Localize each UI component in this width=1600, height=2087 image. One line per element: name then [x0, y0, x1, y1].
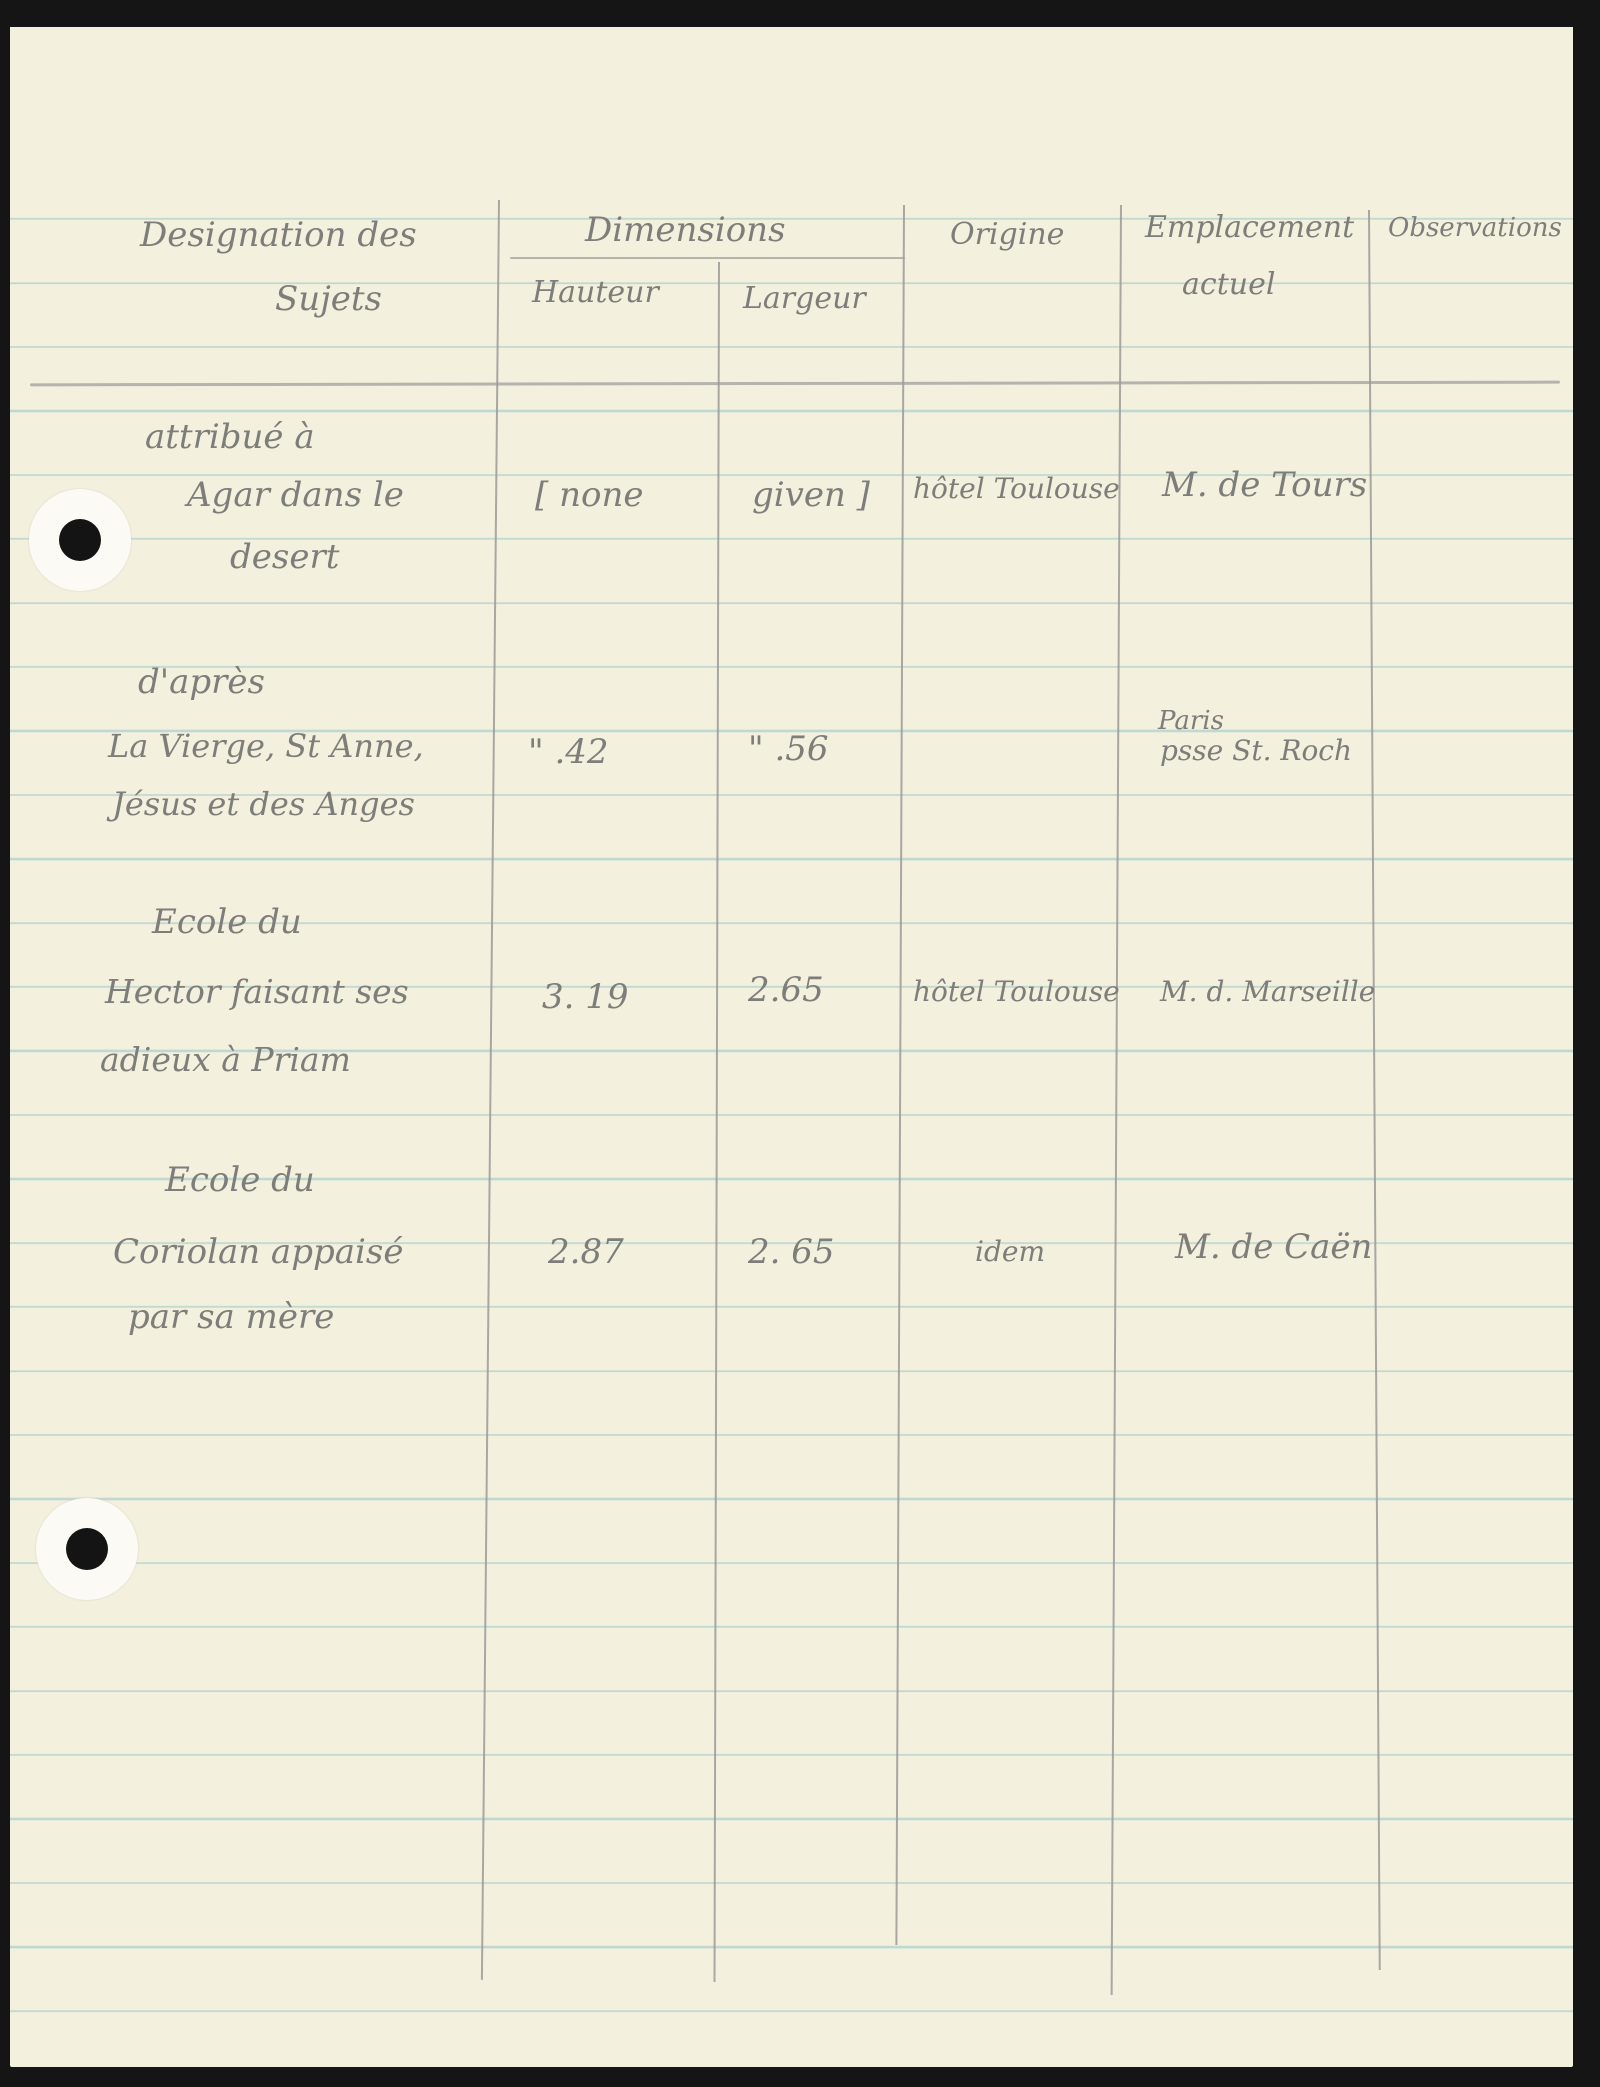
row2-emplacement-line1: Paris — [1158, 708, 1224, 734]
header-emplacement-line1: Emplacement — [1145, 213, 1354, 243]
row4-largeur: 2. 65 — [748, 1235, 835, 1269]
row4-origine: idem — [975, 1238, 1045, 1266]
row3-designation-prefix: Ecole du — [152, 905, 302, 939]
row1-hauteur: [ none — [535, 478, 643, 512]
header-observations: Observations — [1388, 215, 1562, 241]
row1-designation-line1: Agar dans le — [187, 478, 404, 512]
row3-designation-line1: Hector faisant ses — [105, 975, 409, 1008]
header-largeur: Largeur — [743, 284, 866, 314]
row3-origine: hôtel Toulouse — [913, 978, 1120, 1006]
row2-emplacement-line2: psse St. Roch — [1160, 737, 1352, 765]
dimensions-subheader-rule — [510, 257, 905, 259]
row2-designation-line2: Jésus et des Anges — [112, 788, 415, 820]
punch-hole-bottom — [36, 1498, 138, 1600]
hole-icon — [66, 1528, 108, 1570]
row1-emplacement: M. de Tours — [1162, 468, 1367, 502]
header-hauteur: Hauteur — [532, 278, 659, 308]
row2-designation-prefix: d'après — [138, 665, 265, 699]
header-dimensions: Dimensions — [585, 213, 786, 247]
row4-emplacement: M. de Caën — [1175, 1230, 1372, 1264]
row4-hauteur: 2.87 — [548, 1235, 624, 1269]
header-designation-line2: Sujets — [275, 282, 382, 316]
hole-icon — [59, 519, 101, 561]
row1-largeur: given ] — [752, 478, 870, 512]
row1-origine: hôtel Toulouse — [913, 475, 1120, 503]
row1-designation-line2: desert — [230, 540, 339, 574]
row2-largeur: " .56 — [748, 732, 829, 766]
row3-hauteur: 3. 19 — [542, 980, 629, 1014]
row2-hauteur: " .42 — [528, 735, 609, 769]
punch-hole-top — [29, 489, 131, 591]
row3-largeur: 2.65 — [748, 973, 824, 1007]
row4-designation-line2: par sa mère — [128, 1300, 334, 1334]
row3-designation-line2: adieux à Priam — [100, 1043, 351, 1076]
header-origine: Origine — [950, 220, 1064, 250]
row4-designation-prefix: Ecole du — [165, 1163, 315, 1197]
row4-designation-line1: Coriolan appaisé — [113, 1235, 403, 1269]
header-designation-line1: Designation des — [140, 218, 417, 252]
row2-designation-line1: La Vierge, St Anne, — [108, 730, 424, 762]
row3-emplacement: M. d. Marseille — [1160, 978, 1375, 1006]
header-emplacement-line2: actuel — [1182, 270, 1275, 300]
row1-designation-prefix: attribué à — [145, 420, 315, 454]
